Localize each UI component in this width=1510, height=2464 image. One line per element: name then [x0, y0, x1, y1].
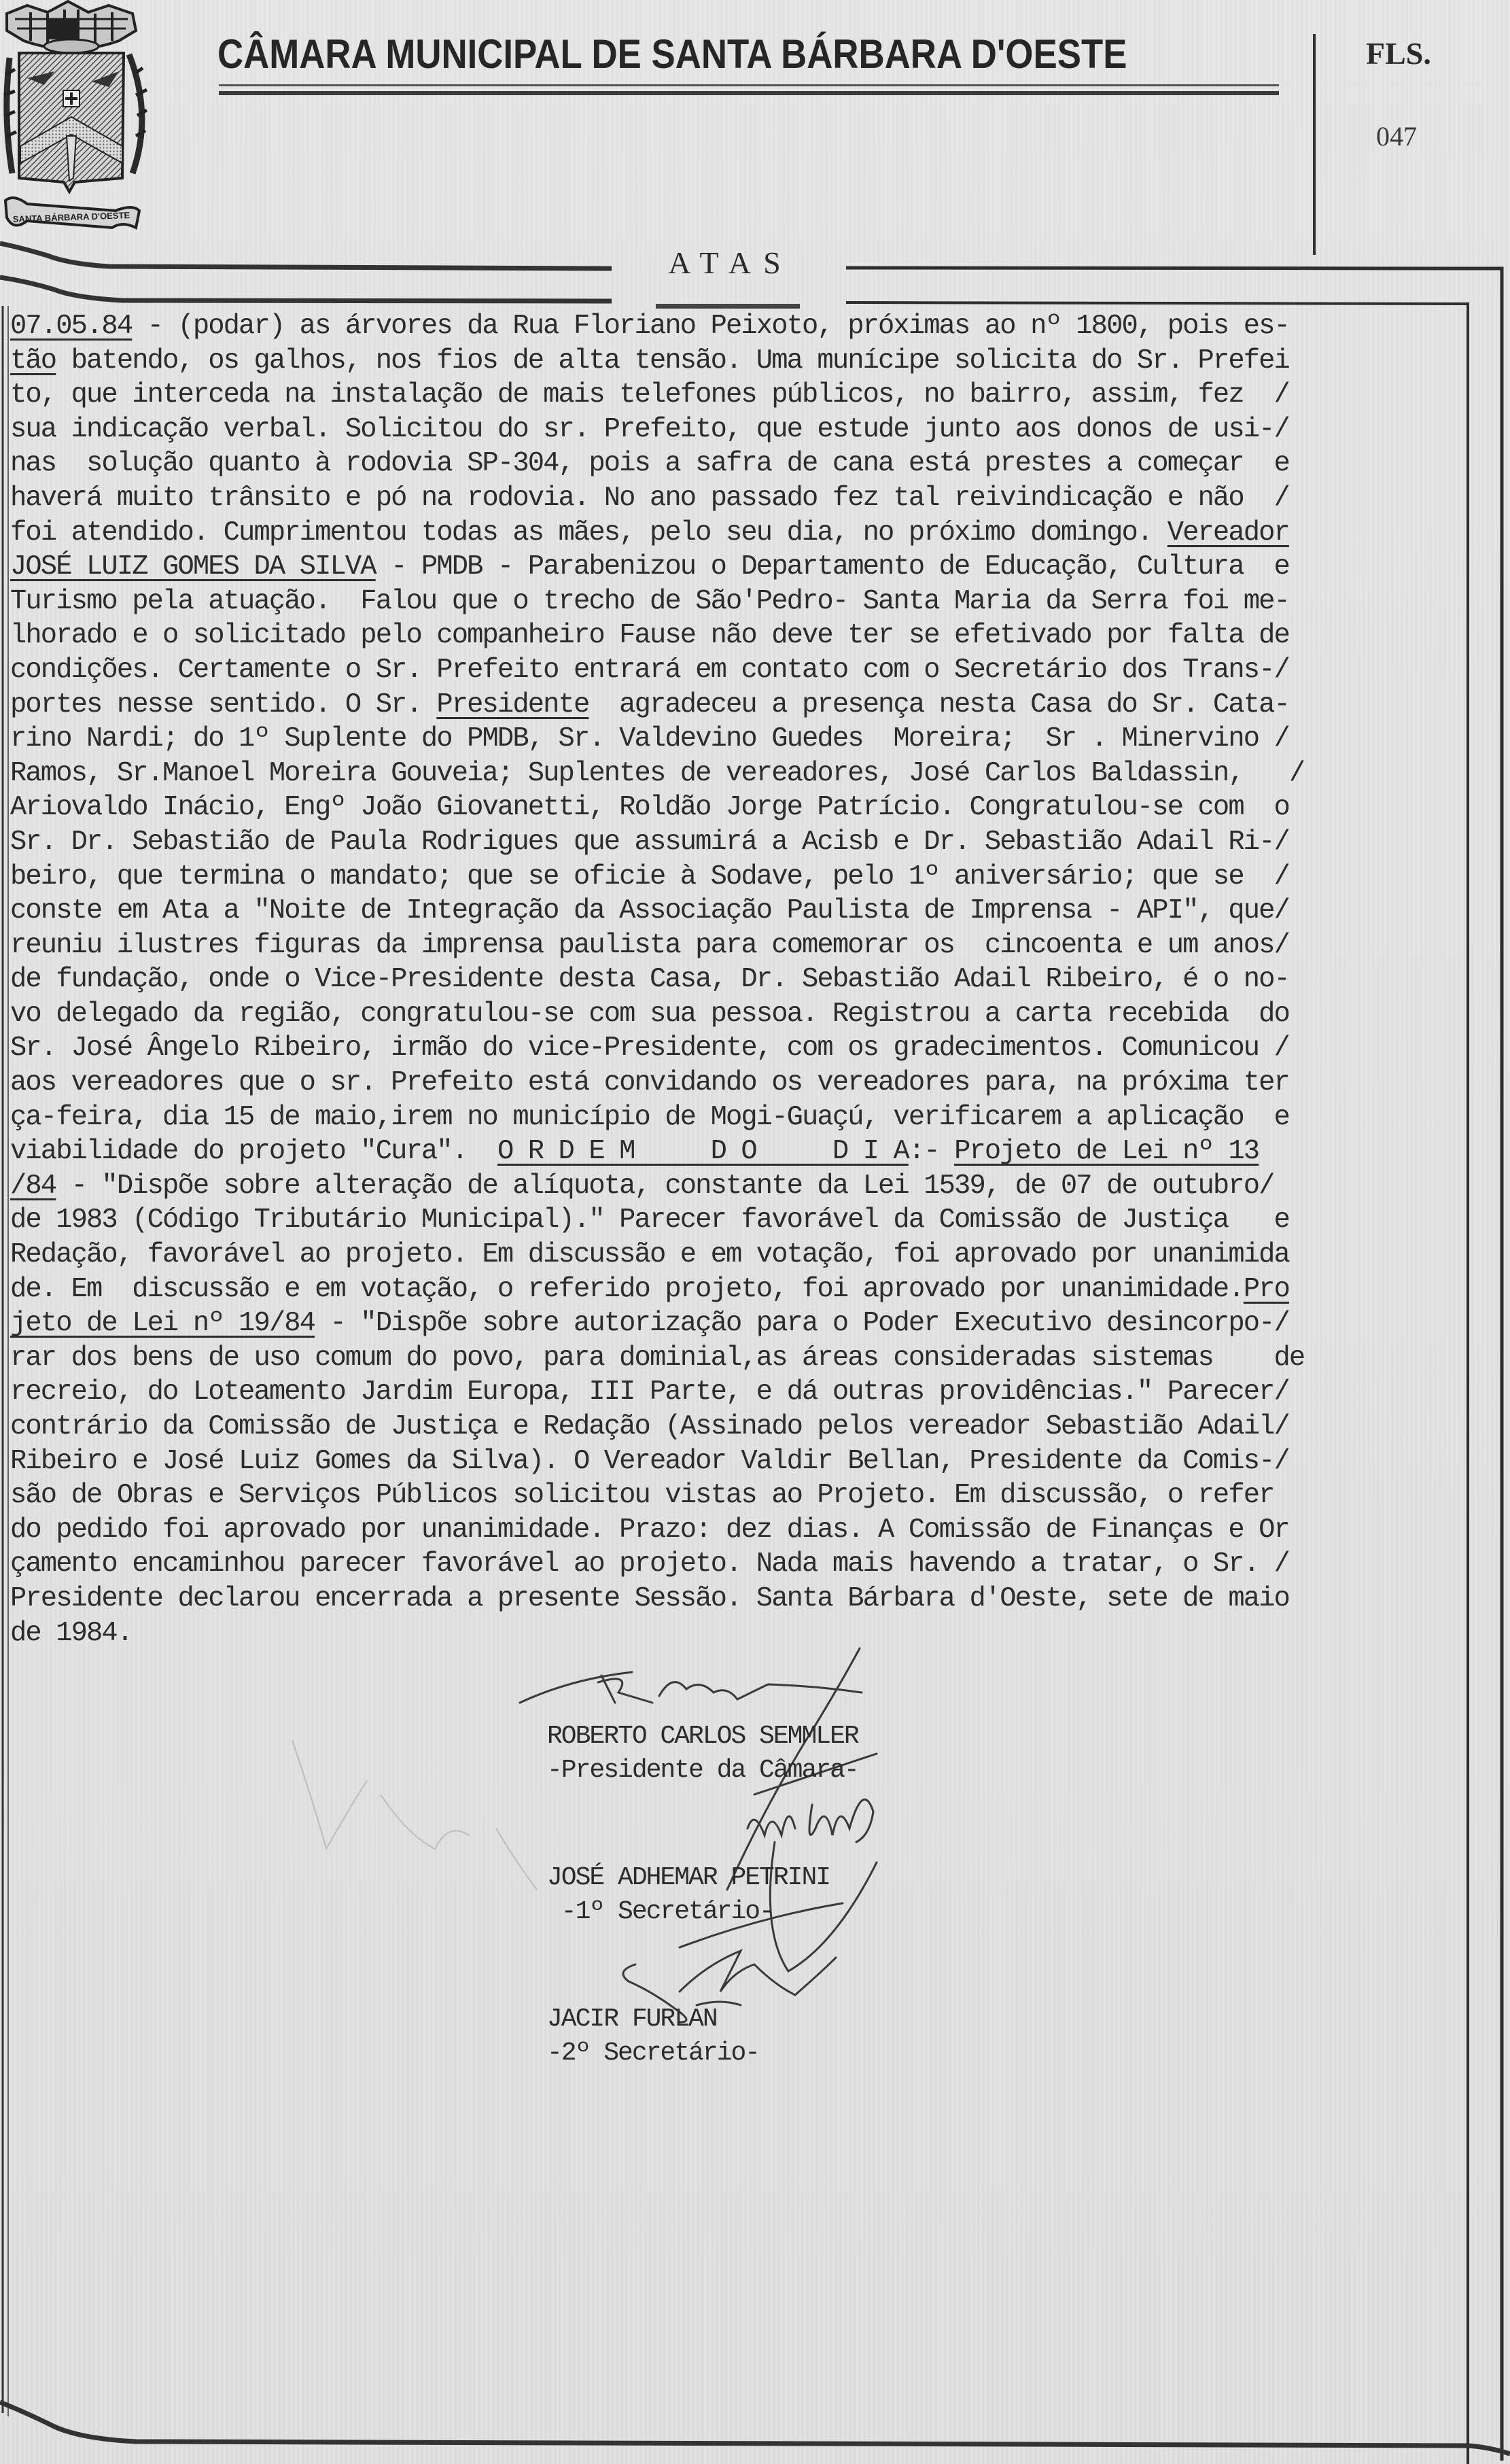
folio-label: FLS.: [1366, 35, 1431, 71]
minutes-line: tão batendo, os galhos, nos fios de alta…: [10, 344, 1451, 379]
text-segment: Redação, favorável ao projeto. Em discus…: [10, 1239, 1289, 1270]
underlined-text: JOSÉ LUIZ GOMES DA SILVA: [10, 551, 376, 583]
text-segment: - "Dispõe sobre alteração de alíquota, c…: [56, 1170, 1274, 1202]
text-segment: ça-feira, dia 15 de maio,irem no municíp…: [10, 1102, 1289, 1133]
text-segment: são de Obras e Serviços Públicos solicit…: [10, 1480, 1274, 1511]
signatory-name: ROBERTO CARLOS SEMMLER: [547, 1720, 858, 1754]
minutes-line: sua indicação verbal. Solicitou do sr. P…: [10, 413, 1451, 447]
text-segment: - PMDB - Parabenizou o Departamento de E…: [376, 551, 1289, 583]
minutes-line: rar dos bens de uso comum do povo, para …: [10, 1341, 1451, 1376]
text-segment: reuniu ilustres figuras da imprensa paul…: [10, 930, 1289, 961]
minutes-line: lhorado e o solicitado pelo companheiro …: [10, 619, 1451, 653]
text-segment: to, que interceda na instalação de mais …: [10, 379, 1289, 411]
section-title-underline: [656, 304, 800, 309]
text-segment: portes nesse sentido. O Sr.: [10, 689, 436, 721]
scanned-page: SANTA BÁRBARA D'OESTE CÂMARA MUNICIPAL D…: [0, 0, 1510, 2464]
minutes-line: Ariovaldo Inácio, Engº João Giovanetti, …: [10, 791, 1451, 825]
text-segment: sua indicação verbal. Solicitou do sr. P…: [10, 414, 1289, 445]
header-rule: [219, 84, 1279, 86]
signatory-name: JACIR FURLAN: [547, 2002, 858, 2036]
text-segment: nas solução quanto à rodovia SP-304, poi…: [10, 448, 1289, 479]
signatory-role: -Presidente da Câmara-: [547, 1754, 858, 1788]
minutes-line: Redação, favorável ao projeto. Em discus…: [10, 1238, 1451, 1272]
underlined-text: Projeto de Lei nº 13: [954, 1136, 1259, 1167]
minutes-line: to, que interceda na instalação de mais …: [10, 378, 1451, 413]
minutes-line: de fundação, onde o Vice-Presidente dest…: [10, 962, 1451, 997]
underlined-text: 07.05.84: [10, 311, 132, 342]
minutes-line: Sr. Dr. Sebastião de Paula Rodrigues que…: [10, 825, 1451, 860]
signature-block: ROBERTO CARLOS SEMMLER -Presidente da Câ…: [547, 1720, 858, 2070]
minutes-line: beiro, que termina o mandato; que se ofi…: [10, 860, 1451, 895]
text-segment: contrário da Comissão de Justiça e Redaç…: [10, 1411, 1289, 1442]
text-segment: recreio, do Loteamento Jardim Europa, II…: [10, 1376, 1289, 1408]
minutes-line: contrário da Comissão de Justiça e Redaç…: [10, 1410, 1451, 1444]
minutes-line: viabilidade do projeto "Cura". O R D E M…: [10, 1134, 1451, 1169]
text-segment: rar dos bens de uso comum do povo, para …: [10, 1342, 1304, 1374]
minutes-line: Ribeiro e José Luiz Gomes da Silva). O V…: [10, 1444, 1451, 1479]
text-segment: beiro, que termina o mandato; que se ofi…: [10, 861, 1289, 892]
text-segment: Turismo pela atuação. Falou que o trecho…: [10, 586, 1289, 617]
underlined-text: Pro: [1244, 1274, 1289, 1305]
text-segment: viabilidade do projeto "Cura".: [10, 1136, 497, 1167]
minutes-line: 07.05.84 - (podar) as árvores da Rua Flo…: [10, 309, 1451, 344]
text-segment: haverá muito trânsito e pó na rodovia. N…: [10, 483, 1289, 514]
text-segment: Ribeiro e José Luiz Gomes da Silva). O V…: [10, 1446, 1289, 1477]
text-segment: batendo, os galhos, nos fios de alta ten…: [56, 345, 1289, 377]
text-segment: çamento encaminhou parecer favorável ao …: [10, 1548, 1289, 1580]
underlined-text: Presidente: [436, 689, 589, 721]
text-segment: - "Dispõe sobre autorização para o Poder…: [315, 1308, 1289, 1339]
text-segment: lhorado e o solicitado pelo companheiro …: [10, 620, 1289, 651]
header-divider: [1313, 34, 1316, 255]
text-segment: Sr. Dr. Sebastião de Paula Rodrigues que…: [10, 827, 1289, 858]
text-segment: aos vereadores que o sr. Prefeito está c…: [10, 1067, 1289, 1098]
minutes-line: de 1983 (Código Tributário Municipal)." …: [10, 1203, 1451, 1238]
text-segment: vo delegado da região, congratulou-se co…: [10, 999, 1289, 1030]
minutes-line: de. Em discussão e em votação, o referid…: [10, 1272, 1451, 1307]
signatory-role: -1º Secretário-: [547, 1895, 858, 1929]
minutes-line: condições. Certamente o Sr. Prefeito ent…: [10, 653, 1451, 688]
municipal-crest-icon: SANTA BÁRBARA D'OESTE: [0, 0, 170, 245]
minutes-line: foi atendido. Cumprimentou todas as mães…: [10, 516, 1451, 551]
minutes-line: vo delegado da região, congratulou-se co…: [10, 997, 1451, 1032]
text-segment: Ramos, Sr.Manoel Moreira Gouveia; Suplen…: [10, 758, 1304, 789]
text-segment: de 1984.: [10, 1618, 132, 1649]
text-segment: Sr. José Ângelo Ribeiro, irmão do vice-P…: [10, 1033, 1289, 1064]
underlined-text: O R D E M D O D I A: [497, 1136, 909, 1167]
institution-title: CÂMARA MUNICIPAL DE SANTA BÁRBARA D'OEST…: [217, 31, 1153, 77]
text-segment: foi atendido. Cumprimentou todas as mães…: [10, 517, 1167, 549]
minutes-line: JOSÉ LUIZ GOMES DA SILVA - PMDB - Parabe…: [10, 550, 1451, 585]
text-segment: de fundação, onde o Vice-Presidente dest…: [10, 964, 1289, 995]
minutes-line: conste em Ata a "Noite de Integração da …: [10, 894, 1451, 929]
text-segment: - (podar) as árvores da Rua Floriano Pei…: [132, 311, 1289, 342]
minutes-line: aos vereadores que o sr. Prefeito está c…: [10, 1066, 1451, 1100]
section-title: ATAS: [652, 245, 809, 281]
header-rule-thick: [219, 91, 1279, 95]
minutes-line: rino Nardi; do 1º Suplente do PMDB, Sr. …: [10, 722, 1451, 757]
text-segment: de. Em discussão e em votação, o referid…: [10, 1274, 1244, 1305]
text-segment: conste em Ata a "Noite de Integração da …: [10, 895, 1289, 926]
text-segment: de 1983 (Código Tributário Municipal)." …: [10, 1204, 1289, 1236]
minutes-line: reuniu ilustres figuras da imprensa paul…: [10, 929, 1451, 963]
minutes-line: Sr. José Ângelo Ribeiro, irmão do vice-P…: [10, 1031, 1451, 1066]
minutes-line: jeto de Lei nº 19/84 - "Dispõe sobre aut…: [10, 1306, 1451, 1341]
minutes-line: nas solução quanto à rodovia SP-304, poi…: [10, 447, 1451, 481]
mural-crown-icon: [7, 1, 136, 53]
minutes-line: são de Obras e Serviços Públicos solicit…: [10, 1478, 1451, 1513]
text-segment: condições. Certamente o Sr. Prefeito ent…: [10, 655, 1289, 686]
text-segment: :-: [909, 1136, 954, 1167]
text-segment: do pedido foi aprovado por unanimidade. …: [10, 1514, 1289, 1546]
signatory-role: -2º Secretário-: [547, 2036, 858, 2070]
faint-stamp-icon: [292, 1740, 537, 1890]
text-segment: rino Nardi; do 1º Suplente do PMDB, Sr. …: [10, 723, 1289, 754]
minutes-line: Presidente declarou encerrada a presente…: [10, 1582, 1451, 1616]
minutes-line: haverá muito trânsito e pó na rodovia. N…: [10, 481, 1451, 516]
underlined-text: jeto de Lei nº 19/84: [10, 1308, 315, 1339]
folio-number: 047: [1376, 120, 1417, 152]
minutes-line: portes nesse sentido. O Sr. Presidente a…: [10, 688, 1451, 723]
minutes-line: çamento encaminhou parecer favorável ao …: [10, 1547, 1451, 1582]
minutes-line: recreio, do Loteamento Jardim Europa, II…: [10, 1375, 1451, 1410]
minutes-line: /84 - "Dispõe sobre alteração de alíquot…: [10, 1169, 1451, 1204]
text-segment: Presidente declarou encerrada a presente…: [10, 1583, 1289, 1614]
text-segment: Ariovaldo Inácio, Engº João Giovanetti, …: [10, 792, 1289, 823]
signatory-name: JOSÉ ADHEMAR PETRINI: [547, 1861, 858, 1895]
minutes-line: Turismo pela atuação. Falou que o trecho…: [10, 585, 1451, 619]
minutes-line: Ramos, Sr.Manoel Moreira Gouveia; Suplen…: [10, 757, 1451, 791]
underlined-text: Vereador: [1167, 517, 1289, 549]
underlined-text: /84: [10, 1170, 56, 1202]
minutes-line: do pedido foi aprovado por unanimidade. …: [10, 1513, 1451, 1548]
minutes-line: de 1984.: [10, 1616, 1451, 1651]
underlined-text: tão: [10, 345, 56, 377]
text-segment: agradeceu a presença nesta Casa do Sr. C…: [589, 689, 1289, 721]
minutes-body: 07.05.84 - (podar) as árvores da Rua Flo…: [10, 309, 1451, 1650]
minutes-line: ça-feira, dia 15 de maio,irem no municíp…: [10, 1100, 1451, 1135]
